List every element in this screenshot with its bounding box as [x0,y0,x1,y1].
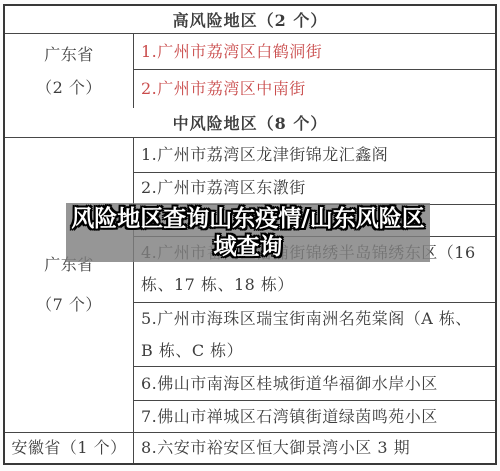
high-risk-section-header: 高风险地区（2 个） [5,6,495,34]
province-name: 安徽省（1 个） [11,436,126,460]
high-risk-rows: 1.广州市荔湾区白鹤洞街 2.广州市荔湾区中南街 [134,34,495,108]
high-risk-item-2: 2.广州市荔湾区中南街 [141,73,306,105]
table-row: 6.佛山市南海区桂城街道华福御水岸小区 [134,367,495,401]
watermark-line-2: 域查询 [214,233,283,261]
high-risk-title: 高风险地区（2 个） [173,8,328,31]
medium-risk-item-7: 7.佛山市禅城区石湾镇街道绿茵鸣苑小区 [141,401,438,433]
page: 高风险地区（2 个） 广东省 （2 个） 1.广州市荔湾区白鹤洞街 2.广州市荔… [0,0,500,471]
table-row: 1.广州市荔湾区白鹤洞街 [134,34,495,70]
medium-risk-rows: 1.广州市荔湾区龙津街锦龙汇鑫阁 2.广州市荔湾区东漖街 4.广州市番禺区洛浦街… [134,138,495,432]
province-count: （7 个） [36,293,102,317]
province-name: 广东省 [44,43,94,67]
province-cell-guangdong-medium: 广东省 （7 个） [5,138,134,432]
table-row: 2.广州市荔湾区东漖街 [134,173,495,205]
medium-risk-body: 广东省 （7 个） 1.广州市荔湾区龙津街锦龙汇鑫阁 2.广州市荔湾区东漖街 4… [5,138,495,433]
province-count: （2 个） [36,76,102,100]
medium-risk-item-5: 5.广州市海珠区瑞宝街南洲名苑棠阁（A 栋、B 栋、C 栋） [141,303,479,367]
table-row: 7.佛山市禅城区石湾镇街道绿茵鸣苑小区 [134,401,495,432]
medium-risk-item-2: 2.广州市荔湾区东漖街 [141,172,306,204]
medium-risk-item-8: 8.六安市裕安区恒大御景湾小区 3 期 [141,432,410,464]
high-risk-item-1: 1.广州市荔湾区白鹤洞街 [141,36,322,68]
table-row: 8.六安市裕安区恒大御景湾小区 3 期 [134,433,495,463]
medium-risk-item-6: 6.佛山市南海区桂城街道华福御水岸小区 [141,368,438,400]
province-cell-guangdong-high: 广东省 （2 个） [5,34,134,108]
high-risk-body: 广东省 （2 个） 1.广州市荔湾区白鹤洞街 2.广州市荔湾区中南街 [5,34,495,108]
table-row: 2.广州市荔湾区中南街 [134,70,495,108]
table-row: 5.广州市海珠区瑞宝街南洲名苑棠阁（A 栋、B 栋、C 栋） [134,303,495,367]
table-row: 1.广州市荔湾区龙津街锦龙汇鑫阁 [134,138,495,173]
watermark-caption-overlay: 风险地区查询山东疫情/山东风险区 域查询 [66,203,430,262]
watermark-line-1: 风险地区查询山东疫情/山东风险区 [71,205,424,233]
province-cell-anhui: 安徽省（1 个） [5,433,134,463]
anhui-row: 安徽省（1 个） 8.六安市裕安区恒大御景湾小区 3 期 [5,433,495,463]
medium-risk-section-header: 中风险地区（8 个） [5,108,495,138]
medium-risk-title: 中风险地区（8 个） [173,111,328,134]
medium-risk-item-1: 1.广州市荔湾区龙津街锦龙汇鑫阁 [141,139,388,171]
